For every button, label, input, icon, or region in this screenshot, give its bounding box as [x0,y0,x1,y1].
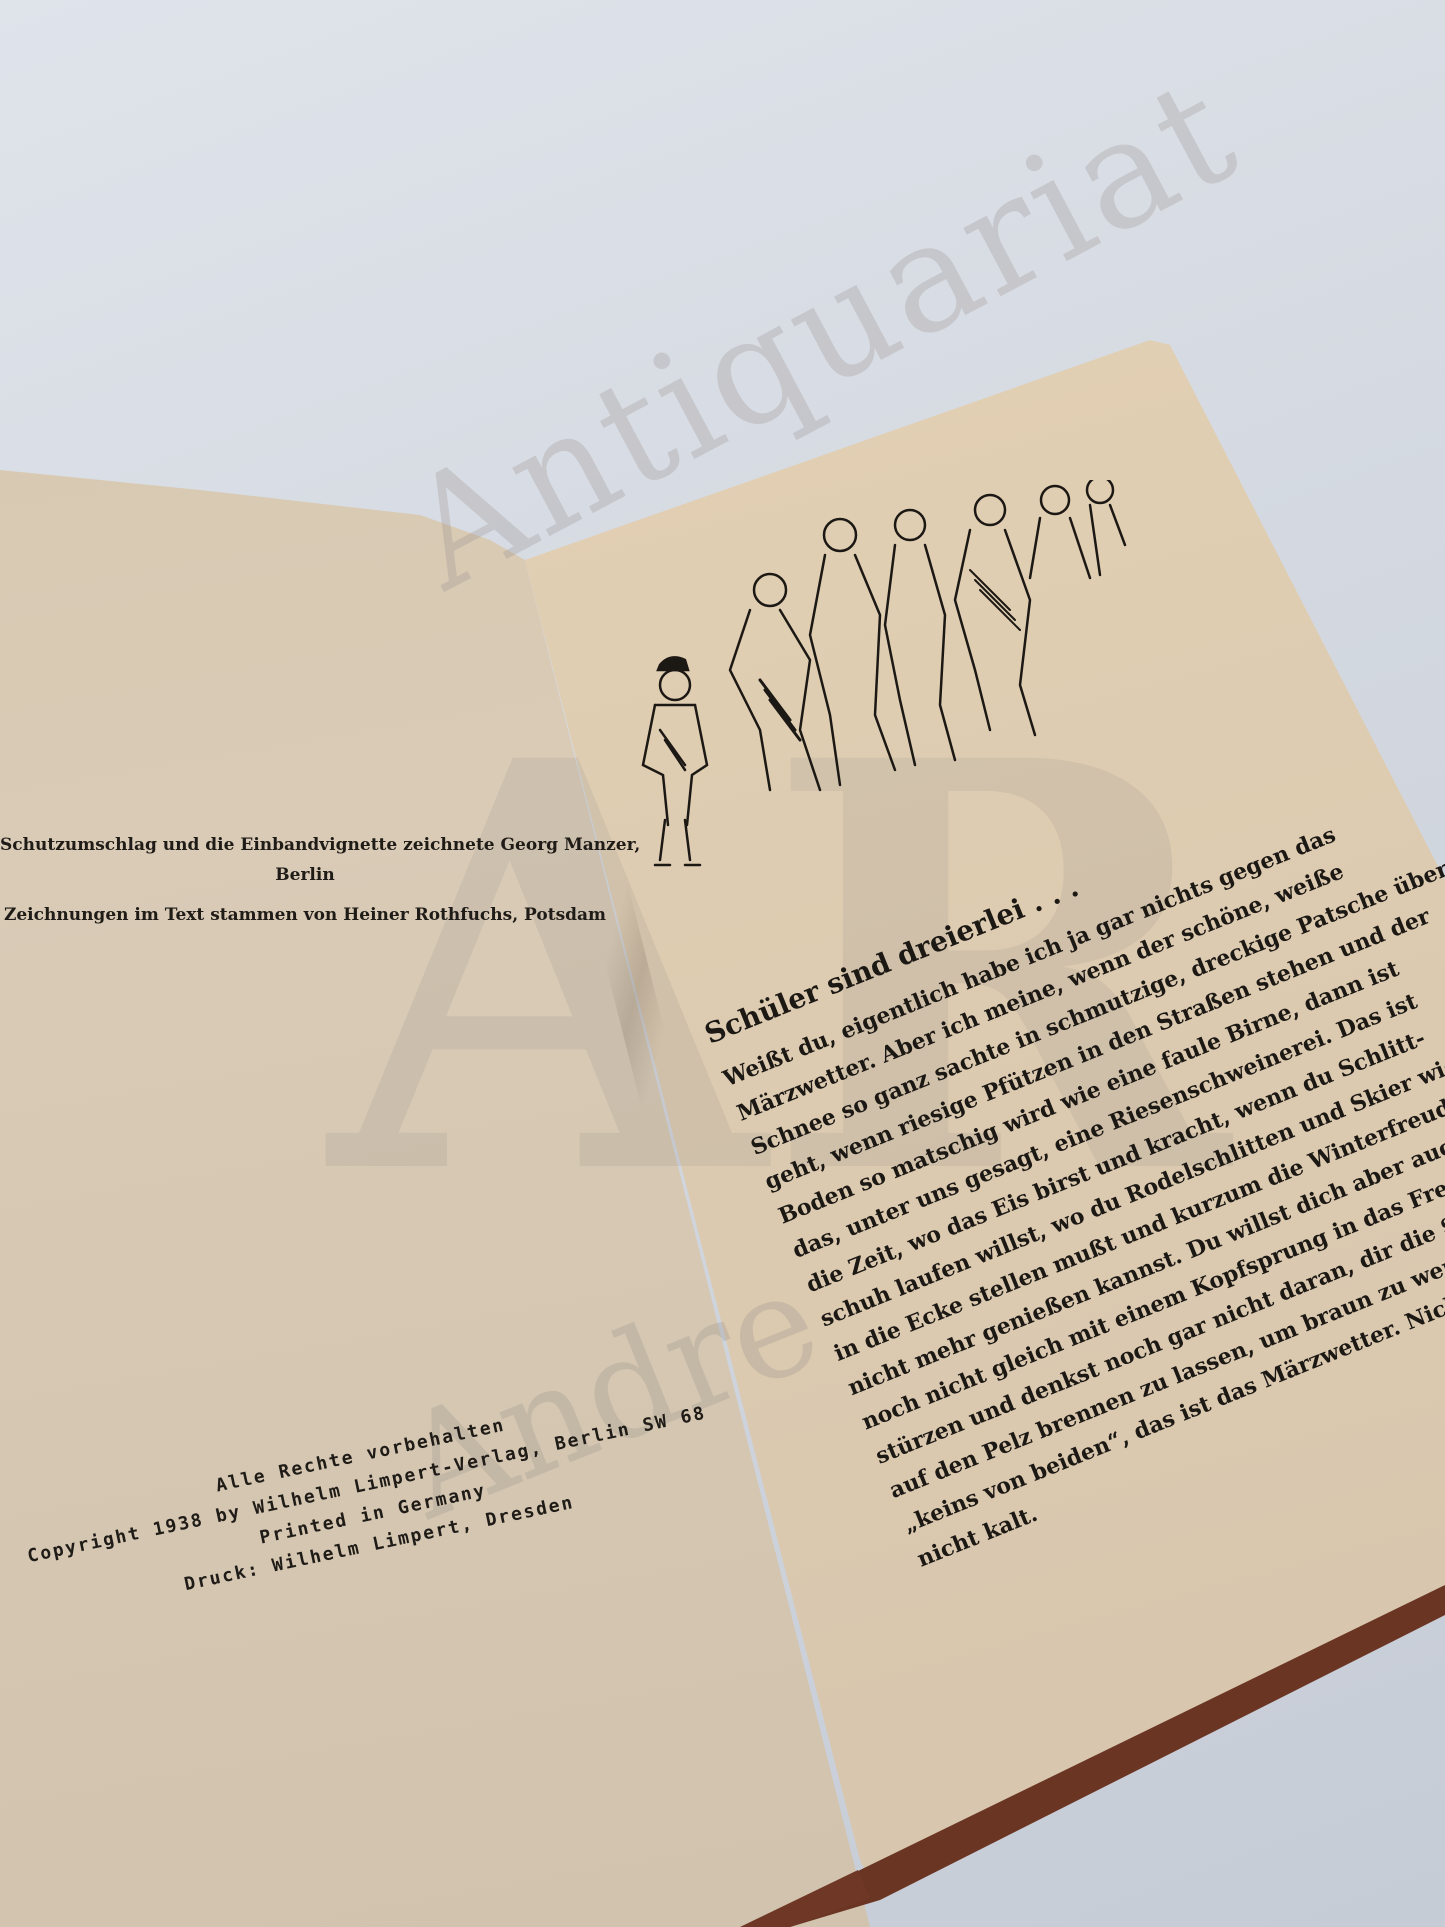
credit-line: Berlin [0,860,610,890]
photo-scene: AR Antiquariat Andre Schutzumschlag und … [0,0,1445,1927]
illustration-credits: Schutzumschlag und die Einbandvignette z… [0,830,610,930]
group-figures-icon [730,480,1125,790]
boy-figure-icon [643,657,707,865]
credit-line: Schutzumschlag und die Einbandvignette z… [0,830,610,860]
schoolboys-illustration [620,480,1140,900]
credit-line: Zeichnungen im Text stammen von Heiner R… [0,900,610,930]
